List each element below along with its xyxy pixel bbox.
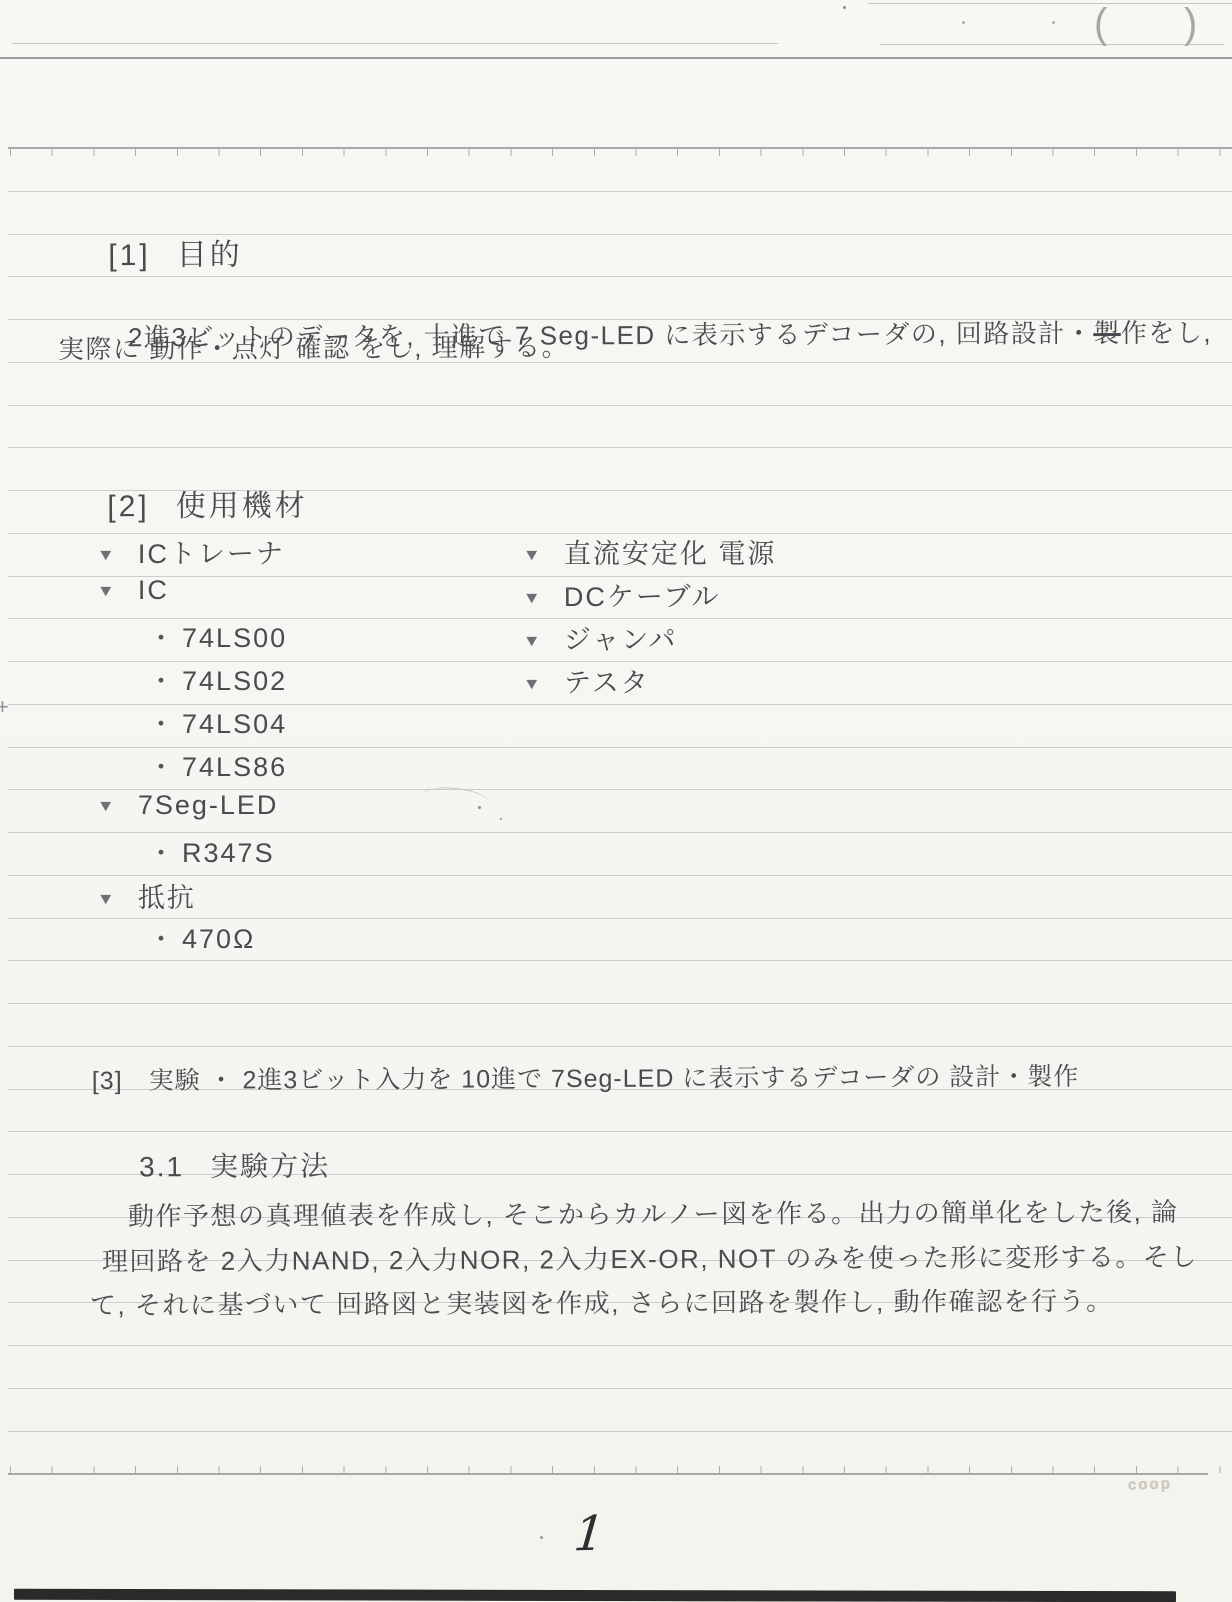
ruled-line: [8, 1003, 1232, 1004]
purpose-line-1-end: 作をし,: [1121, 318, 1212, 348]
writing-area-bottom-line: [8, 1473, 1208, 1475]
header-box-bottom-line: [880, 44, 1224, 45]
dot-bullet-icon: ・: [148, 704, 176, 741]
dot-bullet-icon: ・: [148, 747, 176, 784]
top-center-speck: [843, 6, 846, 9]
triangle-bullet-icon: ▼: [97, 547, 118, 565]
method-line-1: 動作予想の真理値表を作成し, そこからカルノー図を作る。出力の簡単化をした後, …: [128, 1192, 1179, 1234]
section-3-1-title: 実験方法: [210, 1150, 330, 1182]
bottom-ruler-ticks: [10, 1466, 1230, 1473]
dot-bullet-icon: ・: [148, 919, 176, 956]
equipment-item-label: R347S: [182, 838, 275, 868]
triangle-bullet-icon: ▼: [97, 891, 118, 909]
equipment-item-label: テスタ: [564, 668, 650, 698]
equipment-item-label: 直流安定化 電源: [564, 539, 777, 569]
notebook-page: ( ) + [1]目的 2進3ビットのデータを, 十進で 7 Seg-LED に…: [0, 0, 1232, 1602]
method-line-3: て, それに基づいて 回路図と実装図を作成, さらに回路を製作し, 動作確認を行…: [90, 1281, 1114, 1322]
footer-speck: [540, 1536, 543, 1539]
triangle-bullet-icon: ▼: [523, 590, 544, 608]
equipment-item-label: ICトレーナ: [138, 539, 285, 569]
triangle-bullet-icon: ▼: [97, 583, 118, 601]
grade-paren-open: (: [1094, 1, 1107, 48]
ruled-line: [8, 1345, 1232, 1346]
header-box-top-line: [868, 3, 1232, 4]
triangle-bullet-icon: ▼: [523, 633, 544, 651]
scan-edge-bar: [14, 1589, 1176, 1602]
section-3-1-label: 3.1: [139, 1151, 184, 1182]
section-2-label: [2]: [107, 490, 150, 523]
coop-brand-mark: coop: [1128, 1475, 1172, 1494]
purpose-corrected-char: 製: [1093, 318, 1121, 348]
equipment-subitem: ・R347S: [148, 833, 275, 870]
section-3-heading: [3]実験 ・ 2進3ビット入力を 10進で 7Seg-LED に表示するデコー…: [60, 1028, 1080, 1126]
method-line-2: 理回路を 2入力NAND, 2入力NOR, 2入力EX-OR, NOT のみを使…: [102, 1237, 1198, 1279]
header-name-line: [12, 43, 778, 44]
top-ruler-ticks: [10, 149, 1230, 156]
ruled-line: [8, 960, 1232, 961]
triangle-bullet-icon: ▼: [523, 676, 544, 694]
stray-pencil-dot: [478, 806, 481, 809]
equipment-item-label: ジャンパ: [564, 625, 678, 655]
equipment-item-label: 抵抗: [138, 883, 196, 913]
header-divider-line: [0, 57, 1232, 59]
equipment-subitem: ・74LS86: [148, 747, 287, 784]
margin-plus-mark: +: [0, 694, 9, 720]
equipment-subitem: ・74LS02: [148, 661, 287, 698]
ruled-line: [8, 1388, 1232, 1389]
equipment-item-label: 7Seg-LED: [138, 790, 279, 820]
equipment-item: ▼テスタ: [524, 661, 650, 700]
header-dot-right: [1052, 21, 1055, 24]
section-3-label: [3]: [92, 1067, 123, 1095]
page-number: 1: [572, 1506, 608, 1563]
equipment-subitem: ・470Ω: [148, 919, 255, 956]
equipment-item: ▼DCケーブル: [524, 575, 720, 614]
equipment-item-label: DCケーブル: [564, 582, 721, 612]
equipment-item: ▼IC: [98, 575, 169, 606]
equipment-item: ▼ICトレーナ: [98, 532, 285, 571]
ruled-line: [8, 191, 1232, 192]
equipment-subitem: ・74LS04: [148, 704, 287, 741]
section-1-title: 目的: [177, 239, 243, 272]
equipment-item-label: 74LS86: [182, 752, 287, 782]
triangle-bullet-icon: ▼: [523, 547, 544, 565]
ruled-line: [8, 405, 1232, 406]
equipment-item-label: 74LS04: [182, 709, 287, 739]
equipment-item-label: 74LS02: [182, 666, 287, 696]
section-1-label: [1]: [108, 239, 151, 272]
equipment-item: ▼抵抗: [98, 876, 196, 915]
stray-pencil-speck: [500, 818, 502, 820]
dot-bullet-icon: ・: [148, 661, 176, 698]
triangle-bullet-icon: ▼: [97, 798, 118, 816]
equipment-item: ▼ジャンパ: [524, 618, 677, 657]
equipment-item-label: IC: [138, 575, 169, 605]
equipment-item-label: 74LS00: [182, 623, 287, 653]
section-3-title: 実験 ・ 2進3ビット入力を 10進で 7Seg-LED に表示するデコーダの …: [149, 1063, 1080, 1095]
ruled-line: [8, 1431, 1232, 1432]
grade-paren-close: ): [1184, 1, 1197, 48]
equipment-subitem: ・74LS00: [148, 618, 287, 655]
header-dot-left: [962, 21, 965, 24]
equipment-item: ▼7Seg-LED: [98, 790, 278, 821]
dot-bullet-icon: ・: [148, 833, 176, 870]
dot-bullet-icon: ・: [148, 618, 176, 655]
equipment-item: ▼直流安定化 電源: [524, 532, 776, 571]
equipment-item-label: 470Ω: [182, 924, 255, 954]
section-2-title: 使用機材: [176, 489, 308, 523]
purpose-line-2: 実際に 動作・点灯 確認 をし, 理解する。: [58, 327, 569, 366]
